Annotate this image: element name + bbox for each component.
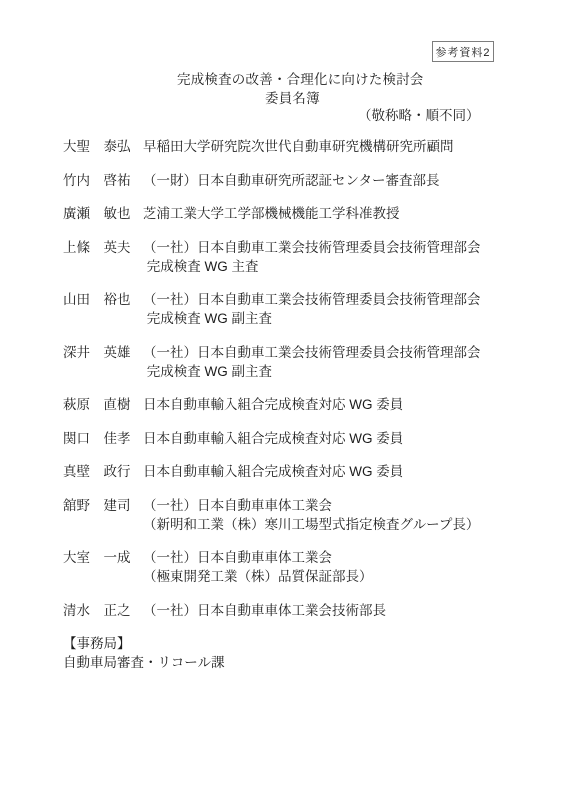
member-name: 清水 正之 bbox=[63, 601, 143, 620]
member-row: 関口 佳孝 日本自動車輸入組合完成検査対応 WG 委員 bbox=[63, 429, 523, 448]
member-name: 上條 英夫 bbox=[63, 238, 143, 257]
member-name: 関口 佳孝 bbox=[63, 429, 143, 448]
member-affiliation: 芝浦工業大学工学部機械機能工学科准教授 bbox=[143, 204, 523, 223]
member-affiliation-line: 完成検査 WG 主査 bbox=[143, 257, 523, 276]
page-title: 完成検査の改善・合理化に向けた検討会 bbox=[177, 68, 424, 88]
member-row: 舘野 建司 （一社）日本自動車車体工業会（新明和工業（株）寒川工場型式指定検査グ… bbox=[63, 496, 523, 534]
member-name: 舘野 建司 bbox=[63, 496, 143, 515]
member-affiliation: （一社）日本自動車工業会技術管理委員会技術管理部会 完成検査 WG 主査 bbox=[143, 238, 523, 276]
member-row: 山田 裕也 （一社）日本自動車工業会技術管理委員会技術管理部会 完成検査 WG … bbox=[63, 290, 523, 328]
member-list: 大聖 泰弘 早稲田大学研究院次世代自動車研究機構研究所顧問 竹内 啓祐 （一財）… bbox=[63, 137, 523, 620]
member-affiliation-line: 日本自動車輸入組合完成検査対応 WG 委員 bbox=[143, 395, 523, 414]
honorifics-note: （敬称略・順不同） bbox=[358, 104, 480, 124]
member-affiliation: （一社）日本自動車車体工業会（極東開発工業（株）品質保証部長） bbox=[143, 548, 523, 586]
member-row: 萩原 直樹 日本自動車輸入組合完成検査対応 WG 委員 bbox=[63, 395, 523, 414]
member-affiliation-line: （一社）日本自動車車体工業会技術部長 bbox=[143, 601, 523, 620]
member-affiliation: 早稲田大学研究院次世代自動車研究機構研究所顧問 bbox=[143, 137, 523, 156]
document-page: 参考資料2 完成検査の改善・合理化に向けた検討会 委員名簿 （敬称略・順不同） … bbox=[0, 0, 566, 800]
member-name: 真壁 政行 bbox=[63, 462, 143, 481]
page-subtitle: 委員名簿 bbox=[265, 87, 320, 107]
member-affiliation-line: 完成検査 WG 副主査 bbox=[143, 309, 523, 328]
member-name: 大室 一成 bbox=[63, 548, 143, 567]
member-name: 竹内 啓祐 bbox=[63, 171, 143, 190]
member-row: 竹内 啓祐 （一財）日本自動車研究所認証センター審査部長 bbox=[63, 171, 523, 190]
reference-label: 参考資料2 bbox=[435, 44, 490, 60]
member-name: 萩原 直樹 bbox=[63, 395, 143, 414]
secretariat-name: 自動車局審査・リコール課 bbox=[63, 653, 523, 672]
member-row: 上條 英夫 （一社）日本自動車工業会技術管理委員会技術管理部会 完成検査 WG … bbox=[63, 238, 523, 276]
member-row: 清水 正之 （一社）日本自動車車体工業会技術部長 bbox=[63, 601, 523, 620]
member-affiliation-line: （一社）日本自動車工業会技術管理委員会技術管理部会 bbox=[143, 290, 523, 309]
member-affiliation-line: （一社）日本自動車車体工業会 bbox=[143, 548, 523, 567]
member-affiliation-line: 芝浦工業大学工学部機械機能工学科准教授 bbox=[143, 204, 523, 223]
member-affiliation: （一社）日本自動車車体工業会技術部長 bbox=[143, 601, 523, 620]
secretariat-section: 【事務局】 自動車局審査・リコール課 bbox=[63, 634, 523, 672]
member-affiliation-line: 早稲田大学研究院次世代自動車研究機構研究所顧問 bbox=[143, 137, 523, 156]
member-row: 深井 英雄 （一社）日本自動車工業会技術管理委員会技術管理部会 完成検査 WG … bbox=[63, 343, 523, 381]
member-affiliation: 日本自動車輸入組合完成検査対応 WG 委員 bbox=[143, 429, 523, 448]
member-affiliation-line: （一社）日本自動車工業会技術管理委員会技術管理部会 bbox=[143, 343, 523, 362]
member-affiliation-line: （新明和工業（株）寒川工場型式指定検査グループ長） bbox=[143, 515, 523, 534]
member-name: 山田 裕也 bbox=[63, 290, 143, 309]
member-affiliation-line: （極東開発工業（株）品質保証部長） bbox=[143, 567, 523, 586]
member-name: 大聖 泰弘 bbox=[63, 137, 143, 156]
member-name: 深井 英雄 bbox=[63, 343, 143, 362]
member-row: 大室 一成 （一社）日本自動車車体工業会（極東開発工業（株）品質保証部長） bbox=[63, 548, 523, 586]
member-affiliation: 日本自動車輸入組合完成検査対応 WG 委員 bbox=[143, 395, 523, 414]
member-affiliation: （一社）日本自動車車体工業会（新明和工業（株）寒川工場型式指定検査グループ長） bbox=[143, 496, 523, 534]
secretariat-label: 【事務局】 bbox=[63, 634, 523, 653]
member-affiliation-line: （一社）日本自動車車体工業会 bbox=[143, 496, 523, 515]
member-affiliation: 日本自動車輸入組合完成検査対応 WG 委員 bbox=[143, 462, 523, 481]
member-affiliation-line: 完成検査 WG 副主査 bbox=[143, 362, 523, 381]
member-row: 真壁 政行 日本自動車輸入組合完成検査対応 WG 委員 bbox=[63, 462, 523, 481]
member-affiliation: （一社）日本自動車工業会技術管理委員会技術管理部会 完成検査 WG 副主査 bbox=[143, 343, 523, 381]
member-row: 廣瀬 敏也 芝浦工業大学工学部機械機能工学科准教授 bbox=[63, 204, 523, 223]
member-name: 廣瀬 敏也 bbox=[63, 204, 143, 223]
member-affiliation-line: 日本自動車輸入組合完成検査対応 WG 委員 bbox=[143, 429, 523, 448]
member-affiliation-line: 日本自動車輸入組合完成検査対応 WG 委員 bbox=[143, 462, 523, 481]
member-affiliation: （一財）日本自動車研究所認証センター審査部長 bbox=[143, 171, 523, 190]
member-list-section: 大聖 泰弘 早稲田大学研究院次世代自動車研究機構研究所顧問 竹内 啓祐 （一財）… bbox=[63, 137, 523, 672]
member-row: 大聖 泰弘 早稲田大学研究院次世代自動車研究機構研究所顧問 bbox=[63, 137, 523, 156]
member-affiliation: （一社）日本自動車工業会技術管理委員会技術管理部会 完成検査 WG 副主査 bbox=[143, 290, 523, 328]
reference-label-box: 参考資料2 bbox=[432, 41, 494, 62]
member-affiliation-line: （一社）日本自動車工業会技術管理委員会技術管理部会 bbox=[143, 238, 523, 257]
member-affiliation-line: （一財）日本自動車研究所認証センター審査部長 bbox=[143, 171, 523, 190]
